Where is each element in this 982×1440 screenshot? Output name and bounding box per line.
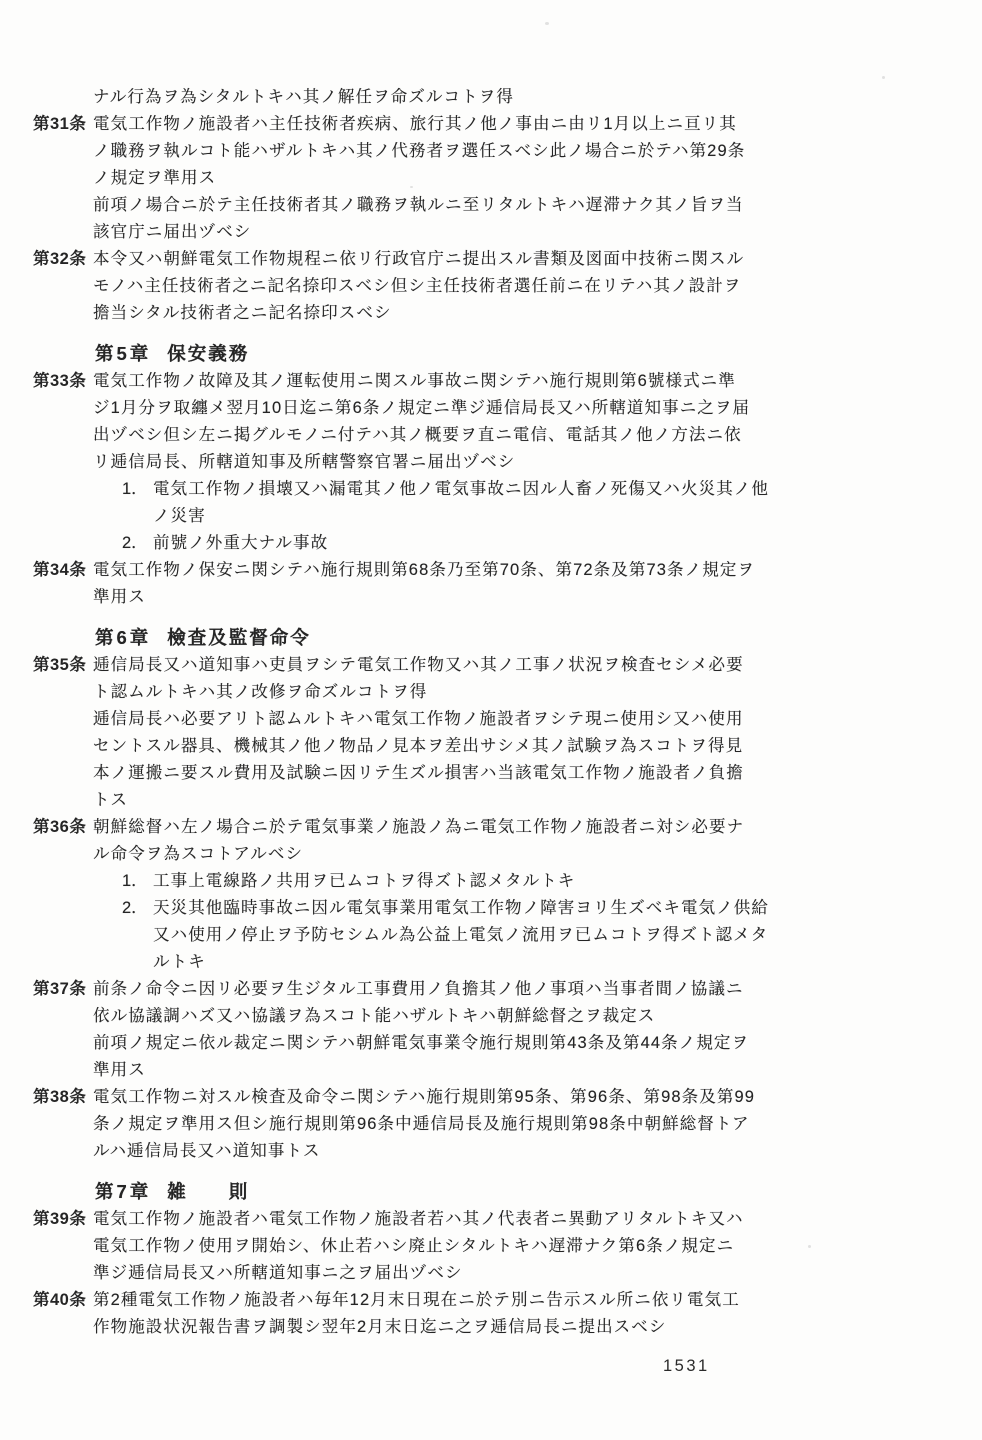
chapter-title: 保安義務 — [167, 343, 249, 364]
article-number: 第31条 — [33, 111, 93, 138]
article-number: 第34条 — [33, 557, 93, 584]
article: 第40条第2種電気工作物ノ施設者ハ毎年12月末日現在ニ於テ別ニ告示スル所ニ依リ電… — [33, 1287, 753, 1341]
text-line: 前號ノ外重大ナル事故 — [153, 530, 769, 557]
article-number: 第35条 — [33, 652, 93, 679]
article: 第38条電気工作物ニ対スル検査及命令ニ関シテハ施行規則第95条、第96条、第98… — [33, 1084, 753, 1165]
text-line: セントスル器具、機械其ノ他ノ物品ノ見本ヲ差出サシメ其ノ試験ヲ為スコトヲ得見 — [93, 733, 753, 760]
text-line: 天災其他臨時事故ニ因ル電気事業用電気工作物ノ障害ヨリ生ズベキ電気ノ供給 — [153, 895, 769, 922]
chapter-title: 雑 則 — [167, 1181, 249, 1202]
text-line: 該官庁ニ届出ヅベシ — [93, 219, 753, 246]
text-line: 工事上電線路ノ共用ヲ已ムコトヲ得ズト認メタルトキ — [153, 868, 769, 895]
text-line: 作物施設状況報告書ヲ調製シ翌年2月末日迄ニ之ヲ逓信局長ニ提出スベシ — [93, 1314, 753, 1341]
article-number: 第37条 — [33, 976, 93, 1003]
item-number: 1． — [122, 868, 153, 895]
article-body: 電気工作物ノ施設者ハ主任技術者疾病、旅行其ノ他ノ事由ニ由リ1月以上ニ亘リ其ノ職務… — [93, 111, 753, 246]
text-line: 第2種電気工作物ノ施設者ハ毎年12月末日現在ニ於テ別ニ告示スル所ニ依リ電気工 — [93, 1287, 753, 1314]
paragraph: 逓信局長又ハ道知事ハ吏員ヲシテ電気工作物又ハ其ノ工事ノ状況ヲ検査セシメ必要ト認ム… — [93, 652, 753, 706]
scan-speck — [545, 22, 549, 25]
text-line: ノ災害 — [153, 503, 769, 530]
paragraph: 電気工作物ニ対スル検査及命令ニ関シテハ施行規則第95条、第96条、第98条及第9… — [93, 1084, 755, 1165]
article: 第32条本令又ハ朝鮮電気工作物規程ニ依リ行政官庁ニ提出スル書類及図面中技術ニ関ス… — [33, 246, 753, 327]
text-line: 本令又ハ朝鮮電気工作物規程ニ依リ行政官庁ニ提出スル書類及図面中技術ニ関スル — [93, 246, 753, 273]
text-line: 電気工作物ノ保安ニ関シテハ施行規則第68条乃至第70条、第72条及第73条ノ規定… — [93, 557, 755, 584]
chapter-number: 第7章 — [95, 1181, 151, 1202]
item-number: 2． — [122, 895, 153, 976]
item-text: 前號ノ外重大ナル事故 — [153, 530, 769, 557]
text-line: ナル行為ヲ為シタルトキハ其ノ解任ヲ命ズルコトヲ得 — [93, 84, 753, 111]
scan-speck — [808, 1245, 811, 1248]
article-body: 電気工作物ニ対スル検査及命令ニ関シテハ施行規則第95条、第96条、第98条及第9… — [93, 1084, 755, 1165]
text-line: ジ1月分ヲ取纏メ翌月10日迄ニ第6条ノ規定ニ準ジ逓信局長又ハ所轄道知事ニ之ヲ届 — [93, 395, 769, 422]
text-line: 又ハ使用ノ停止ヲ予防セシムル為公益上電気ノ流用ヲ已ムコトヲ得ズト認メタ — [153, 922, 769, 949]
article-body: 前条ノ命令ニ因リ必要ヲ生ジタル工事費用ノ負擔其ノ他ノ事項ハ当事者間ノ協議ニ依ル協… — [93, 976, 753, 1084]
article: 第34条電気工作物ノ保安ニ関シテハ施行規則第68条乃至第70条、第72条及第73… — [33, 557, 753, 611]
text-line: 条ノ規定ヲ準用ス但シ施行規則第96条中逓信局長及施行規則第98条中朝鮮総督トア — [93, 1111, 755, 1138]
article: 第35条逓信局長又ハ道知事ハ吏員ヲシテ電気工作物又ハ其ノ工事ノ状況ヲ検査セシメ必… — [33, 652, 753, 814]
paragraph: 前条ノ命令ニ因リ必要ヲ生ジタル工事費用ノ負擔其ノ他ノ事項ハ当事者間ノ協議ニ依ル協… — [93, 976, 753, 1030]
text-line: ル命令ヲ為スコトアルベシ — [93, 841, 769, 868]
text-line: 電気工作物ノ故障及其ノ運転使用ニ関スル事故ニ関シテハ施行規則第6號様式ニ準 — [93, 368, 769, 395]
chapter-title: 檢査及監督命令 — [167, 627, 311, 648]
paragraph: 電気工作物ノ故障及其ノ運転使用ニ関スル事故ニ関シテハ施行規則第6號様式ニ準ジ1月… — [93, 368, 769, 476]
article-number: 第39条 — [33, 1206, 93, 1233]
paragraph: 朝鮮総督ハ左ノ場合ニ於テ電気事業ノ施設ノ為ニ電気工作物ノ施設者ニ対シ必要ナル命令… — [93, 814, 769, 868]
text-line: リ逓信局長、所轄道知事及所轄警察官署ニ届出ヅベシ — [93, 449, 769, 476]
numbered-item: 1．電気工作物ノ損壊又ハ漏電其ノ他ノ電気事故ニ因ル人畜ノ死傷又ハ火災其ノ他ノ災害 — [122, 476, 769, 530]
paragraph: 電気工作物ノ施設者ハ電気工作物ノ施設者若ハ其ノ代表者ニ異動アリタルトキ又ハ電気工… — [93, 1206, 753, 1287]
numbered-item: 2．前號ノ外重大ナル事故 — [122, 530, 769, 557]
article: 第36条朝鮮総督ハ左ノ場合ニ於テ電気事業ノ施設ノ為ニ電気工作物ノ施設者ニ対シ必要… — [33, 814, 753, 976]
paragraph: 電気工作物ノ施設者ハ主任技術者疾病、旅行其ノ他ノ事由ニ由リ1月以上ニ亘リ其ノ職務… — [93, 111, 753, 192]
text-line: ノ職務ヲ執ルコト能ハザルトキハ其ノ代務者ヲ選任スベシ此ノ場合ニ於テハ第29条 — [93, 138, 753, 165]
text-line: 電気工作物ニ対スル検査及命令ニ関シテハ施行規則第95条、第96条、第98条及第9… — [93, 1084, 755, 1111]
article-body: ナル行為ヲ為シタルトキハ其ノ解任ヲ命ズルコトヲ得 — [93, 84, 753, 111]
text-line: 電気工作物ノ施設者ハ電気工作物ノ施設者若ハ其ノ代表者ニ異動アリタルトキ又ハ — [93, 1206, 753, 1233]
text-line: 準ジ逓信局長又ハ所轄道知事ニ之ヲ届出ヅベシ — [93, 1260, 753, 1287]
article: 第33条電気工作物ノ故障及其ノ運転使用ニ関スル事故ニ関シテハ施行規則第6號様式ニ… — [33, 368, 753, 557]
paragraph: 逓信局長ハ必要アリト認ムルトキハ電気工作物ノ施設者ヲシテ現ニ使用シ又ハ使用セント… — [93, 706, 753, 814]
text-line: 依ル協議調ハズ又ハ協議ヲ為スコト能ハザルトキハ朝鮮総督之ヲ裁定ス — [93, 1003, 753, 1030]
numbered-item: 1．工事上電線路ノ共用ヲ已ムコトヲ得ズト認メタルトキ — [122, 868, 769, 895]
text-line: 電気工作物ノ施設者ハ主任技術者疾病、旅行其ノ他ノ事由ニ由リ1月以上ニ亘リ其 — [93, 111, 753, 138]
paragraph: 前項ノ規定ニ依ル裁定ニ関シテハ朝鮮電気事業令施行規則第43条及第44条ノ規定ヲ準… — [93, 1030, 753, 1084]
article-body: 電気工作物ノ故障及其ノ運転使用ニ関スル事故ニ関シテハ施行規則第6號様式ニ準ジ1月… — [93, 368, 769, 557]
scanned-document-page: ナル行為ヲ為シタルトキハ其ノ解任ヲ命ズルコトヲ得第31条電気工作物ノ施設者ハ主任… — [0, 0, 982, 1440]
text-line: 準用ス — [93, 1057, 753, 1084]
item-number: 2． — [122, 530, 153, 557]
text-line: 準用ス — [93, 584, 755, 611]
item-number: 1． — [122, 476, 153, 530]
chapter-heading: 第5章保安義務 — [95, 340, 753, 368]
article-number: 第33条 — [33, 368, 93, 395]
paragraph: 第2種電気工作物ノ施設者ハ毎年12月末日現在ニ於テ別ニ告示スル所ニ依リ電気工作物… — [93, 1287, 753, 1341]
article: 第31条電気工作物ノ施設者ハ主任技術者疾病、旅行其ノ他ノ事由ニ由リ1月以上ニ亘リ… — [33, 111, 753, 246]
article-number: 第32条 — [33, 246, 93, 273]
item-text: 天災其他臨時事故ニ因ル電気事業用電気工作物ノ障害ヨリ生ズベキ電気ノ供給又ハ使用ノ… — [153, 895, 769, 976]
text-line: 電気工作物ノ使用ヲ開始シ、休止若ハシ廃止シタルトキハ遅滞ナク第6条ノ規定ニ — [93, 1233, 753, 1260]
paragraph: ナル行為ヲ為シタルトキハ其ノ解任ヲ命ズルコトヲ得 — [93, 84, 753, 111]
text-line: 本ノ運搬ニ要スル費用及試験ニ因リテ生ズル損害ハ当該電気工作物ノ施設者ノ負擔 — [93, 760, 753, 787]
scan-speck — [882, 76, 885, 79]
text-line: 朝鮮総督ハ左ノ場合ニ於テ電気事業ノ施設ノ為ニ電気工作物ノ施設者ニ対シ必要ナ — [93, 814, 769, 841]
numbered-item: 2．天災其他臨時事故ニ因ル電気事業用電気工作物ノ障害ヨリ生ズベキ電気ノ供給又ハ使… — [122, 895, 769, 976]
article-body: 第2種電気工作物ノ施設者ハ毎年12月末日現在ニ於テ別ニ告示スル所ニ依リ電気工作物… — [93, 1287, 753, 1341]
paragraph: 前項ノ場合ニ於テ主任技術者其ノ職務ヲ執ルニ至リタルトキハ遅滞ナク其ノ旨ヲ当該官庁… — [93, 192, 753, 246]
document-text: ナル行為ヲ為シタルトキハ其ノ解任ヲ命ズルコトヲ得第31条電気工作物ノ施設者ハ主任… — [33, 84, 753, 1341]
article-number: 第38条 — [33, 1084, 93, 1111]
paragraph: 電気工作物ノ保安ニ関シテハ施行規則第68条乃至第70条、第72条及第73条ノ規定… — [93, 557, 755, 611]
item-text: 工事上電線路ノ共用ヲ已ムコトヲ得ズト認メタルトキ — [153, 868, 769, 895]
text-line: 逓信局長又ハ道知事ハ吏員ヲシテ電気工作物又ハ其ノ工事ノ状況ヲ検査セシメ必要 — [93, 652, 753, 679]
chapter-heading: 第7章雑 則 — [95, 1178, 753, 1206]
item-text: 電気工作物ノ損壊又ハ漏電其ノ他ノ電気事故ニ因ル人畜ノ死傷又ハ火災其ノ他ノ災害 — [153, 476, 769, 530]
chapter-number: 第6章 — [95, 627, 151, 648]
article: 第39条電気工作物ノ施設者ハ電気工作物ノ施設者若ハ其ノ代表者ニ異動アリタルトキ又… — [33, 1206, 753, 1287]
text-line: モノハ主任技術者之ニ記名捺印スベシ但シ主任技術者選任前ニ在リテハ其ノ設計ヲ — [93, 273, 753, 300]
article: 第37条前条ノ命令ニ因リ必要ヲ生ジタル工事費用ノ負擔其ノ他ノ事項ハ当事者間ノ協議… — [33, 976, 753, 1084]
text-line: ト認ムルトキハ其ノ改修ヲ命ズルコトヲ得 — [93, 679, 753, 706]
article-body: 朝鮮総督ハ左ノ場合ニ於テ電気事業ノ施設ノ為ニ電気工作物ノ施設者ニ対シ必要ナル命令… — [93, 814, 769, 976]
text-line: トス — [93, 787, 753, 814]
article-body: 逓信局長又ハ道知事ハ吏員ヲシテ電気工作物又ハ其ノ工事ノ状況ヲ検査セシメ必要ト認ム… — [93, 652, 753, 814]
text-line: ノ規定ヲ準用ス — [93, 165, 753, 192]
page-number: 1531 — [663, 1354, 710, 1378]
chapter-number: 第5章 — [95, 343, 151, 364]
text-line: 出ヅベシ但シ左ニ掲グルモノニ付テハ其ノ概要ヲ直ニ電信、電話其ノ他ノ方法ニ依 — [93, 422, 769, 449]
chapter-heading: 第6章檢査及監督命令 — [95, 624, 753, 652]
paragraph: 本令又ハ朝鮮電気工作物規程ニ依リ行政官庁ニ提出スル書類及図面中技術ニ関スルモノハ… — [93, 246, 753, 327]
text-line: ルトキ — [153, 949, 769, 976]
text-line: 前条ノ命令ニ因リ必要ヲ生ジタル工事費用ノ負擔其ノ他ノ事項ハ当事者間ノ協議ニ — [93, 976, 753, 1003]
text-line: 前項ノ場合ニ於テ主任技術者其ノ職務ヲ執ルニ至リタルトキハ遅滞ナク其ノ旨ヲ当 — [93, 192, 753, 219]
text-line: 電気工作物ノ損壊又ハ漏電其ノ他ノ電気事故ニ因ル人畜ノ死傷又ハ火災其ノ他 — [153, 476, 769, 503]
article-number: 第40条 — [33, 1287, 93, 1314]
text-line: 前項ノ規定ニ依ル裁定ニ関シテハ朝鮮電気事業令施行規則第43条及第44条ノ規定ヲ — [93, 1030, 753, 1057]
article-body: 本令又ハ朝鮮電気工作物規程ニ依リ行政官庁ニ提出スル書類及図面中技術ニ関スルモノハ… — [93, 246, 753, 327]
article-body: 電気工作物ノ施設者ハ電気工作物ノ施設者若ハ其ノ代表者ニ異動アリタルトキ又ハ電気工… — [93, 1206, 753, 1287]
text-line: ルハ逓信局長又ハ道知事トス — [93, 1138, 755, 1165]
continuation-paragraph: ナル行為ヲ為シタルトキハ其ノ解任ヲ命ズルコトヲ得 — [33, 84, 753, 111]
text-line: 逓信局長ハ必要アリト認ムルトキハ電気工作物ノ施設者ヲシテ現ニ使用シ又ハ使用 — [93, 706, 753, 733]
scan-speck — [410, 186, 413, 188]
text-line: 擔当シタル技術者之ニ記名捺印スベシ — [93, 300, 753, 327]
article-body: 電気工作物ノ保安ニ関シテハ施行規則第68条乃至第70条、第72条及第73条ノ規定… — [93, 557, 755, 611]
article-number: 第36条 — [33, 814, 93, 841]
